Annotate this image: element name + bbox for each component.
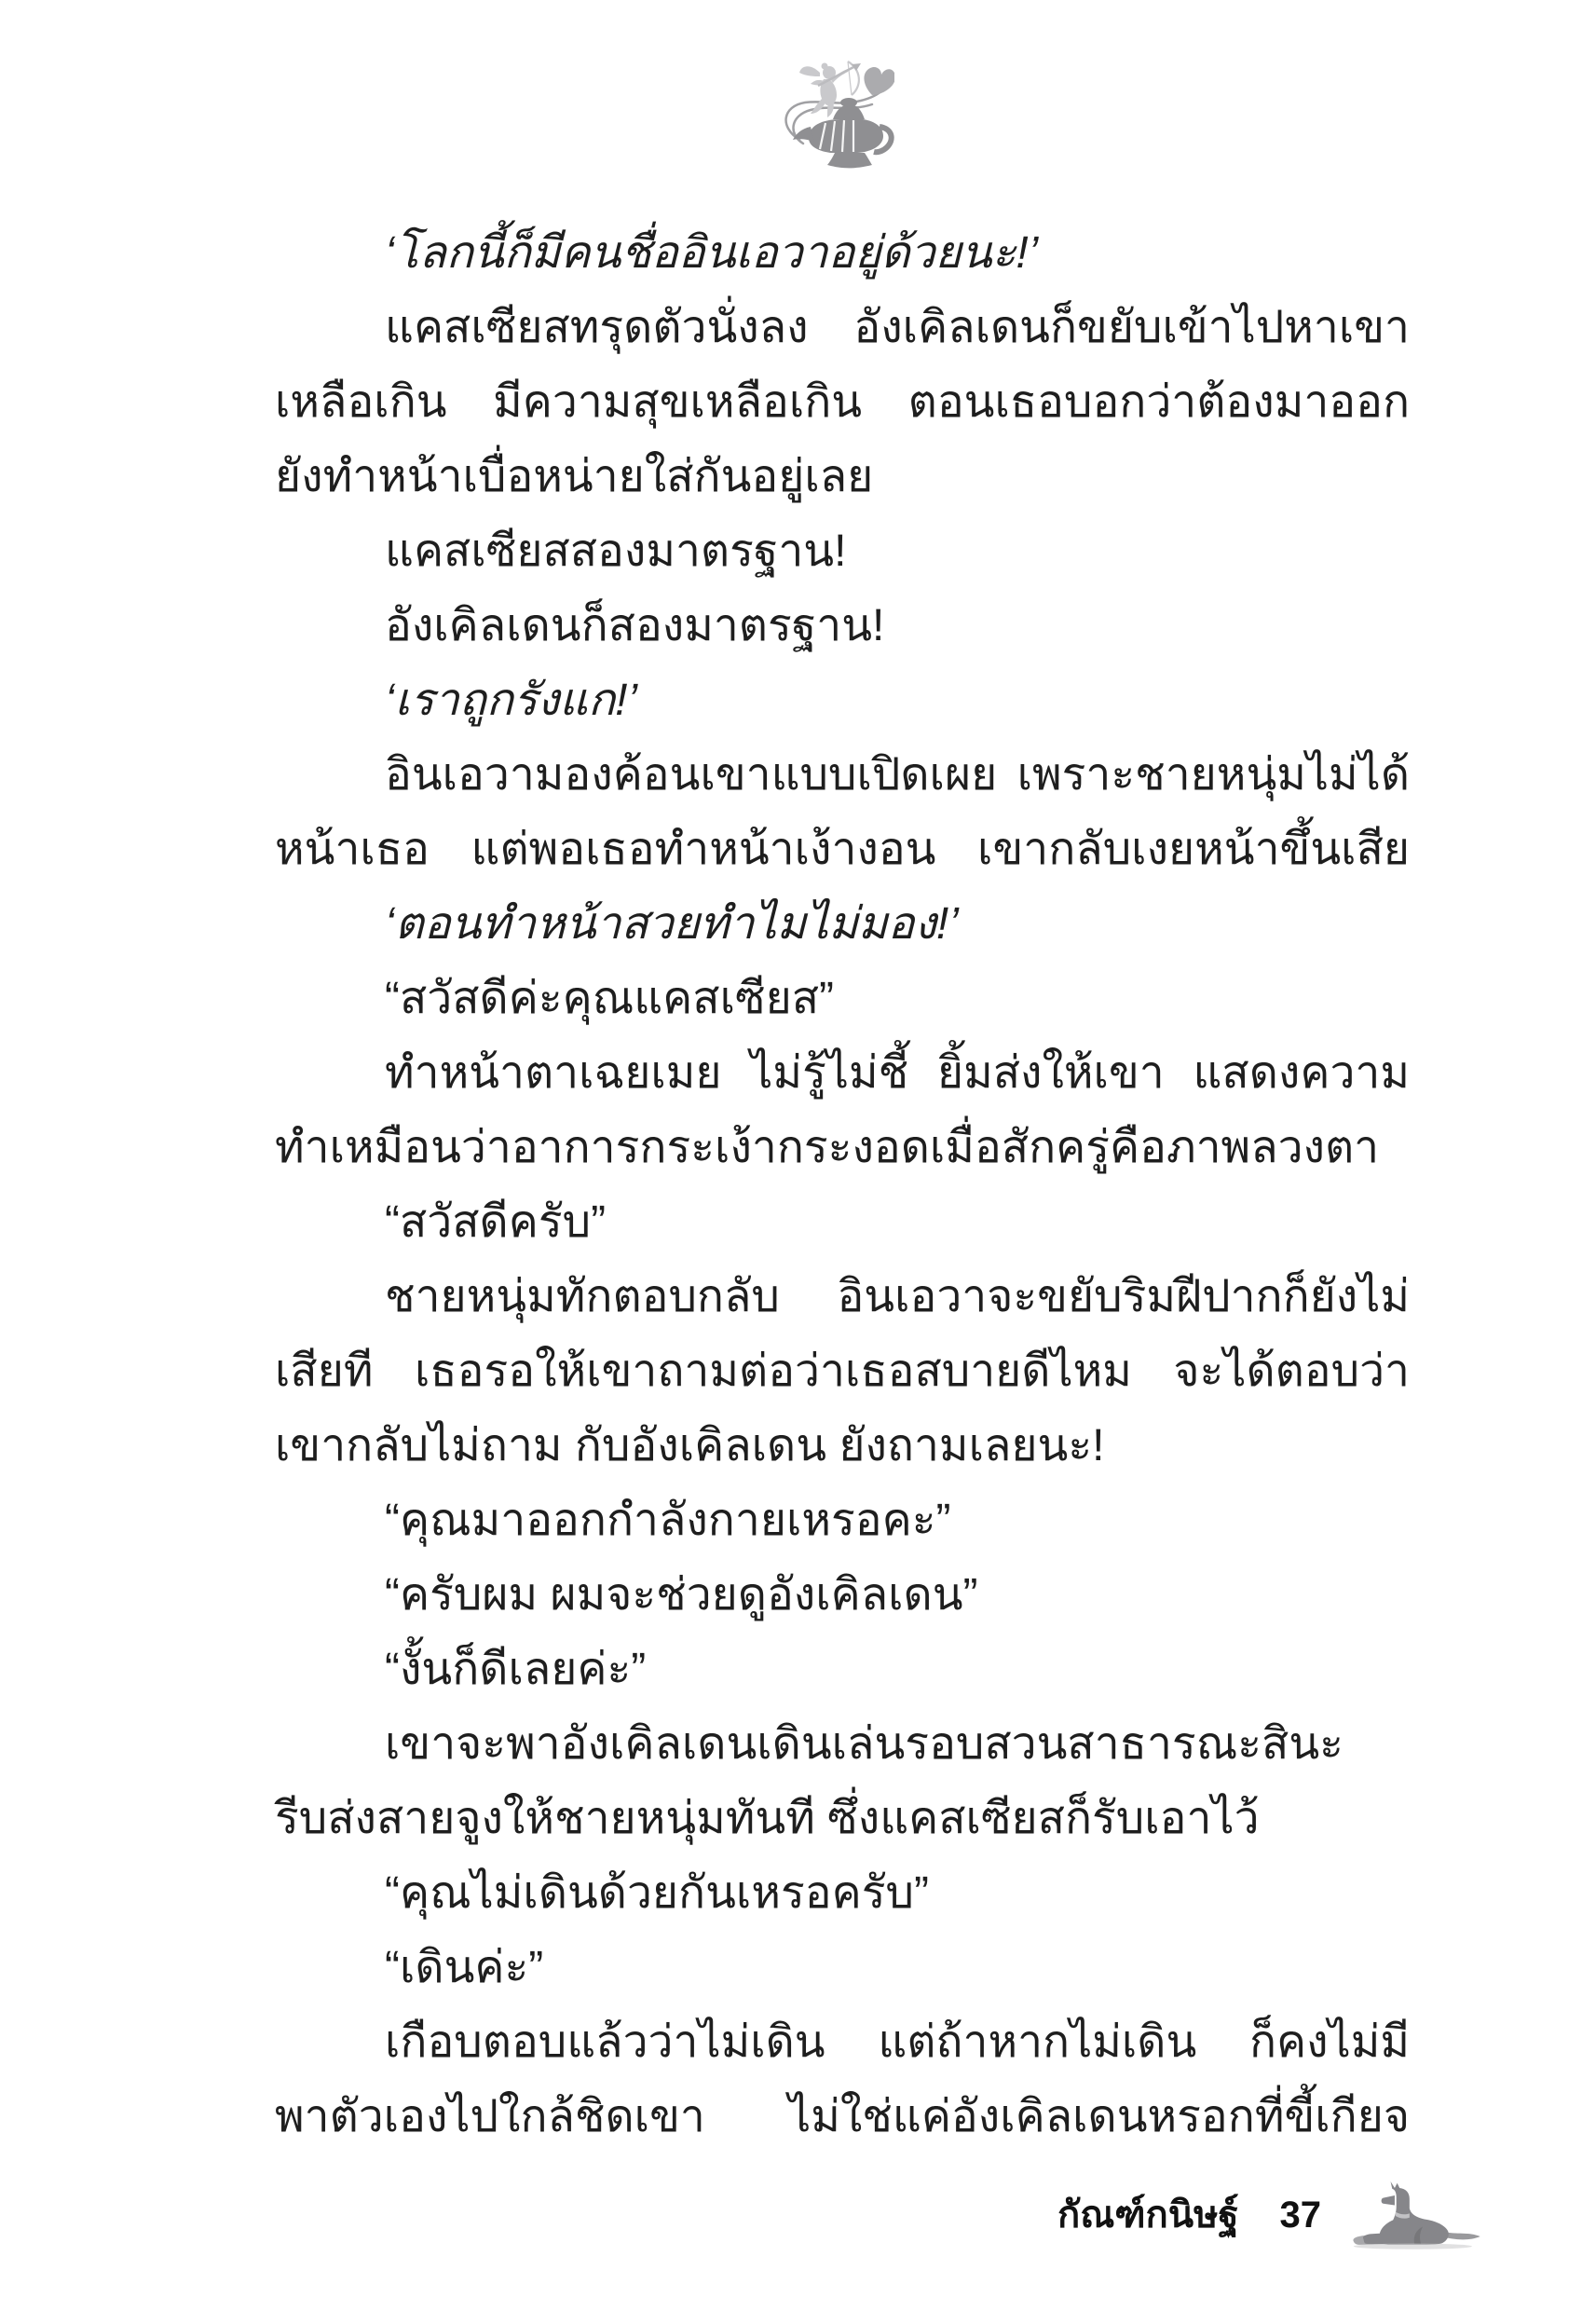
text-line: รีบส่งสายจูงให้ชายหนุ่มทันที ซึ่งแคสเซีย… bbox=[275, 1782, 1410, 1856]
text-line: เขากลับไม่ถาม กับอังเคิลเดน ยังถามเลยนะ! bbox=[275, 1409, 1410, 1484]
text-line: เขาจะพาอังเคิลเดนเดินเล่นรอบสวนสาธารณะสิ… bbox=[275, 1707, 1410, 1782]
text-line: แคสเซียสทรุดตัวนั่งลง อังเคิลเดนก็ขยับเข… bbox=[275, 291, 1410, 365]
dog-icon bbox=[1345, 2178, 1485, 2254]
book-page: ‘โลกนี้ก็มีคนชื่ออินเอวาอยู่ด้วยนะ!’แคสเ… bbox=[0, 0, 1596, 2311]
body-text: ‘โลกนี้ก็มีคนชื่ออินเอวาอยู่ด้วยนะ!’แคสเ… bbox=[275, 216, 1410, 2154]
text-line: เกือบตอบแล้วว่าไม่เดิน แต่ถ้าหากไม่เดิน … bbox=[275, 2005, 1410, 2080]
heart-icon bbox=[864, 67, 894, 95]
text-line: ‘ตอนทำหน้าสวยทำไมไม่มอง!’ bbox=[275, 887, 1410, 962]
text-line: ทำหน้าตาเฉยเมย ไม่รู้ไม่ชี้ ยิ้มส่งให้เข… bbox=[275, 1036, 1410, 1111]
text-line: ‘โลกนี้ก็มีคนชื่ออินเอวาอยู่ด้วยนะ!’ bbox=[275, 216, 1410, 291]
text-line: “คุณมาออกกำลังกายเหรอคะ” bbox=[275, 1484, 1410, 1558]
text-line: “งั้นก็ดีเลยค่ะ” bbox=[275, 1633, 1410, 1707]
book-title: กัณฑ์กนิษฐ์ bbox=[1057, 2171, 1239, 2260]
text-line: เสียที เธอรอให้เขาถามต่อว่าเธอสบายดีไหม … bbox=[275, 1334, 1410, 1409]
text-line: หน้าเธอ แต่พอเธอทำหน้าเง้างอน เขากลับเงย… bbox=[275, 813, 1410, 887]
text-line: อินเอวามองค้อนเขาแบบเปิดเผย เพราะชายหนุ่… bbox=[275, 738, 1410, 813]
text-line: ทำเหมือนว่าอาการกระเง้ากระงอดเมื่อสักครู… bbox=[275, 1111, 1410, 1185]
page-number: 37 bbox=[1280, 2171, 1322, 2260]
text-line: ชายหนุ่มทักตอบกลับ อินเอวาจะขยับริมฝีปาก… bbox=[275, 1260, 1410, 1334]
text-line: ‘เราถูกรังแก!’ bbox=[275, 663, 1410, 738]
text-line: เหลือเกิน มีความสุขเหลือเกิน ตอนเธอบอกว่… bbox=[275, 365, 1410, 440]
text-line: “ครับผม ผมจะช่วยดูอังเคิลเดน” bbox=[275, 1558, 1410, 1633]
text-line: แคสเซียสสองมาตรฐาน! bbox=[275, 514, 1410, 589]
lamp-cupid-heart-ornament-icon bbox=[783, 54, 894, 175]
text-line: ยังทำหน้าเบื่อหน่ายใส่กันอยู่เลย bbox=[275, 440, 1410, 514]
text-line: พาตัวเองไปใกล้ชิดเขา ไม่ใช่แค่อังเคิลเดน… bbox=[275, 2080, 1410, 2154]
genie-lamp-icon bbox=[793, 98, 892, 168]
text-line: “คุณไม่เดินด้วยกันเหรอครับ” bbox=[275, 1856, 1410, 1931]
text-line: “สวัสดีค่ะคุณแคสเซียส” bbox=[275, 962, 1410, 1036]
page-footer: กัณฑ์กนิษฐ์ 37 bbox=[1057, 2171, 1485, 2260]
text-line: “สวัสดีครับ” bbox=[275, 1185, 1410, 1260]
text-line: “เดินค่ะ” bbox=[275, 1931, 1410, 2005]
text-line: อังเคิลเดนก็สองมาตรฐาน! bbox=[275, 589, 1410, 663]
